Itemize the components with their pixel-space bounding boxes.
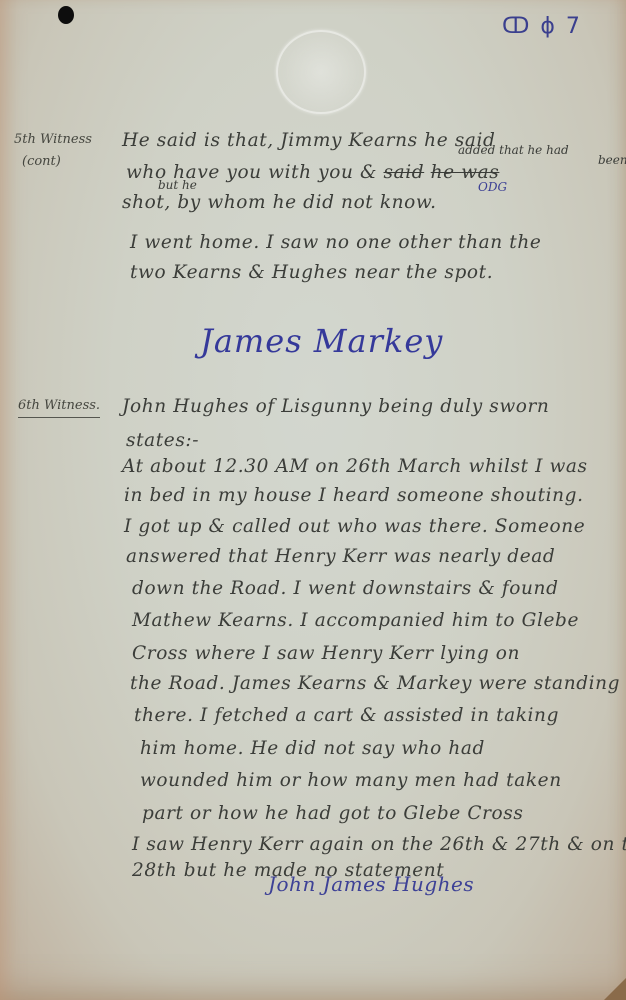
embossed-seal-icon (276, 30, 366, 114)
statement-line: Cross where I saw Henry Kerr lying on (132, 643, 520, 664)
statement-line: shot, by whom he did not know. (122, 192, 437, 213)
interlinear-but-he: but he (158, 178, 197, 192)
statement-line: there. I fetched a cart & assisted in ta… (134, 705, 559, 726)
statement-line: I got up & called out who was there. Som… (124, 516, 585, 537)
interlinear-addition: added that he had (458, 143, 569, 157)
statement-line: wounded him or how many men had taken (140, 770, 562, 791)
statement-line: the Road. James Kearns & Markey were sta… (130, 673, 620, 694)
statement-line: I went home. I saw no one other than the (130, 232, 541, 253)
witness-signature: John James Hughes (268, 872, 474, 896)
statement-line: part or how he had got to Glebe Cross (142, 803, 523, 824)
witness-heading-name: James Markey (200, 322, 443, 360)
document-page: ↀ ϕ 7 5th Witness (cont) He said is that… (0, 0, 626, 1000)
statement-line: two Kearns & Hughes near the spot. (130, 262, 493, 283)
statement-line: He said is that, Jimmy Kearns he said (122, 130, 495, 151)
punch-hole (58, 6, 74, 24)
margin-label-6th-witness: 6th Witness. (18, 396, 100, 418)
statement-line: states:- (126, 430, 199, 451)
statement-line: him home. He did not say who had (140, 738, 485, 759)
statement-line: At about 12.30 AM on 26th March whilst I… (122, 456, 588, 477)
interlinear-been: been (598, 153, 626, 167)
margin-label-5th-witness: 5th Witness (14, 130, 92, 150)
margin-label-cont: (cont) (22, 152, 61, 172)
statement-line: in bed in my house I heard someone shout… (124, 485, 584, 506)
statement-line: John Hughes of Lisgunny being duly sworn (122, 396, 549, 417)
initials-annotation: ODG (478, 180, 507, 194)
statement-line: answered that Henry Kerr was nearly dead (126, 546, 555, 567)
folio-number: ↀ ϕ 7 (502, 14, 582, 39)
torn-corner (604, 978, 626, 1000)
statement-line: Mathew Kearns. I accompanied him to Gleb… (132, 610, 579, 631)
struck-word: said (384, 162, 425, 183)
statement-line: down the Road. I went downstairs & found (132, 578, 559, 599)
statement-line: I saw Henry Kerr again on the 26th & 27t… (132, 834, 626, 855)
